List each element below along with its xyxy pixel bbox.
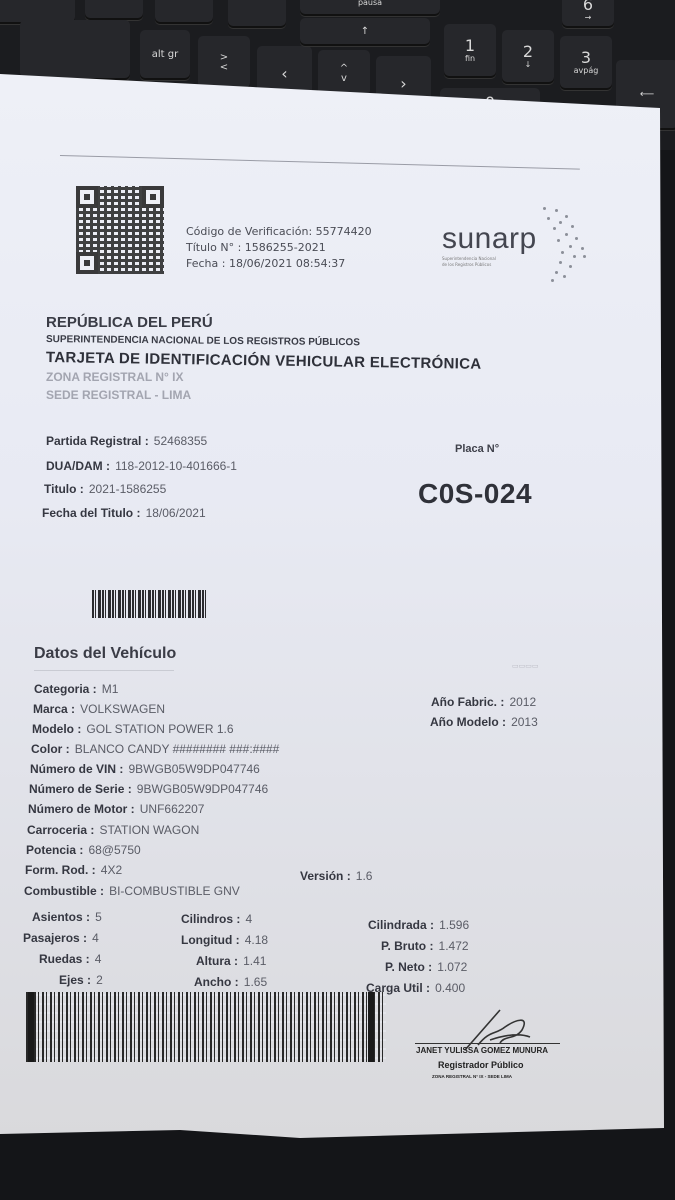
qr-finder — [76, 186, 98, 208]
partida-registral-row: Partida Registral : 52468355 — [46, 430, 207, 449]
qr-finder — [76, 252, 98, 274]
combustible-row: Combustible : BI-COMBUSTIBLE GNV — [24, 880, 240, 899]
longitud-row: Longitud : 4.18 — [181, 929, 268, 948]
registry-zone: ZONA REGISTRAL N° IX — [46, 370, 183, 384]
logo-wordmark: sunarp — [442, 222, 537, 256]
p-neto-row: P. Neto : 1.072 — [385, 956, 467, 975]
modelo-row: Modelo : GOL STATION POWER 1.6 — [32, 718, 234, 737]
issue-date: Fecha : 18/06/2021 08:54:37 — [186, 256, 372, 272]
signatory-name: JANET YULISSA GOMEZ MUNURA — [416, 1046, 548, 1055]
barcode-start-bar — [28, 992, 34, 1062]
color-row: Color : BLANCO CANDY ######## ###:#### — [31, 738, 279, 757]
potencia-row: Potencia : 68@5750 — [26, 839, 141, 858]
motor-row: Número de Motor : UNF662207 — [28, 798, 204, 817]
version-row: Versión : 1.6 — [300, 865, 372, 884]
key-up: ↑ — [300, 18, 430, 46]
dua-dam-row: DUA/DAM : 118-2012-10-401666-1 — [46, 455, 237, 474]
carroceria-row: Carroceria : STATION WAGON — [27, 819, 199, 838]
key-blank — [155, 0, 213, 24]
faded-stamp: ▭▭▭▭ — [512, 662, 538, 670]
categoria-row: Categoria : M1 — [34, 678, 118, 697]
logo-subtitle: de los Registros Públicos — [442, 262, 537, 268]
altura-row: Altura : 1.41 — [196, 950, 266, 969]
fecha-titulo-row: Fecha del Titulo : 18/06/2021 — [42, 502, 206, 521]
qr-finder — [142, 186, 164, 208]
registry-office: SEDE REGISTRAL - LIMA — [46, 388, 191, 402]
verification-code: Código de Verificación: 55774420 — [186, 224, 372, 240]
asientos-row: Asientos : 5 — [32, 906, 102, 925]
cilindros-row: Cilindros : 4 — [181, 908, 252, 927]
key-numpad-3: 3avpág — [560, 36, 612, 90]
serie-row: Número de Serie : 9BWGB05W9DP047746 — [29, 778, 268, 797]
barcode-stop-bar — [368, 992, 374, 1062]
form-rod-row: Form. Rod. : 4X2 — [25, 859, 122, 878]
anio-modelo-row: Año Modelo : 2013 — [430, 711, 538, 730]
ruedas-row: Ruedas : 4 — [39, 948, 101, 967]
ancho-row: Ancho : 1.65 — [194, 971, 267, 990]
sunarp-logo-dots-icon — [525, 205, 595, 285]
key-alt-gr: alt gr — [140, 30, 190, 80]
key-blank — [85, 0, 143, 20]
qr-code — [76, 186, 164, 274]
signatory-role: Registrador Público — [438, 1060, 524, 1070]
republic-heading: REPÚBLICA DEL PERÚ — [46, 314, 213, 331]
key-numpad-1: 1fin — [444, 24, 496, 78]
vehicle-data-heading: Datos del Vehículo — [34, 645, 176, 663]
vin-row: Número de VIN : 9BWGB05W9DP047746 — [30, 758, 260, 777]
barcode — [92, 590, 206, 618]
plate-number: C0S-024 — [418, 478, 532, 510]
cilindrada-row: Cilindrada : 1.596 — [368, 914, 469, 933]
pasajeros-row: Pasajeros : 4 — [23, 927, 99, 946]
p-bruto-row: P. Bruto : 1.472 — [381, 935, 469, 954]
pdf417-barcode — [26, 992, 386, 1062]
key-space — [20, 20, 130, 80]
signatory-office: ZONA REGISTRAL N° IX - SEDE LIMA — [432, 1074, 512, 1079]
signature-line — [415, 1043, 560, 1044]
key-pausa: pausa — [300, 0, 440, 16]
plate-label: Placa N° — [455, 443, 499, 455]
anio-fabric-row: Año Fabric. : 2012 — [431, 691, 536, 710]
verification-block: Código de Verificación: 55774420 Título … — [186, 224, 372, 272]
key-minus — [228, 0, 286, 28]
key-numpad-2: 2↓ — [502, 30, 554, 84]
ejes-row: Ejes : 2 — [59, 969, 103, 988]
titulo-row: Titulo : 2021-1586255 — [44, 478, 166, 497]
section-underline — [34, 670, 174, 671]
marca-row: Marca : VOLKSWAGEN — [33, 698, 165, 717]
key-angle-brackets: >< — [198, 36, 250, 90]
key-numpad-6: 6→ — [562, 0, 614, 28]
sunarp-logo: sunarp Superintendencia Nacional de los … — [442, 222, 537, 268]
title-number: Título N° : 1586255-2021 — [186, 240, 372, 256]
